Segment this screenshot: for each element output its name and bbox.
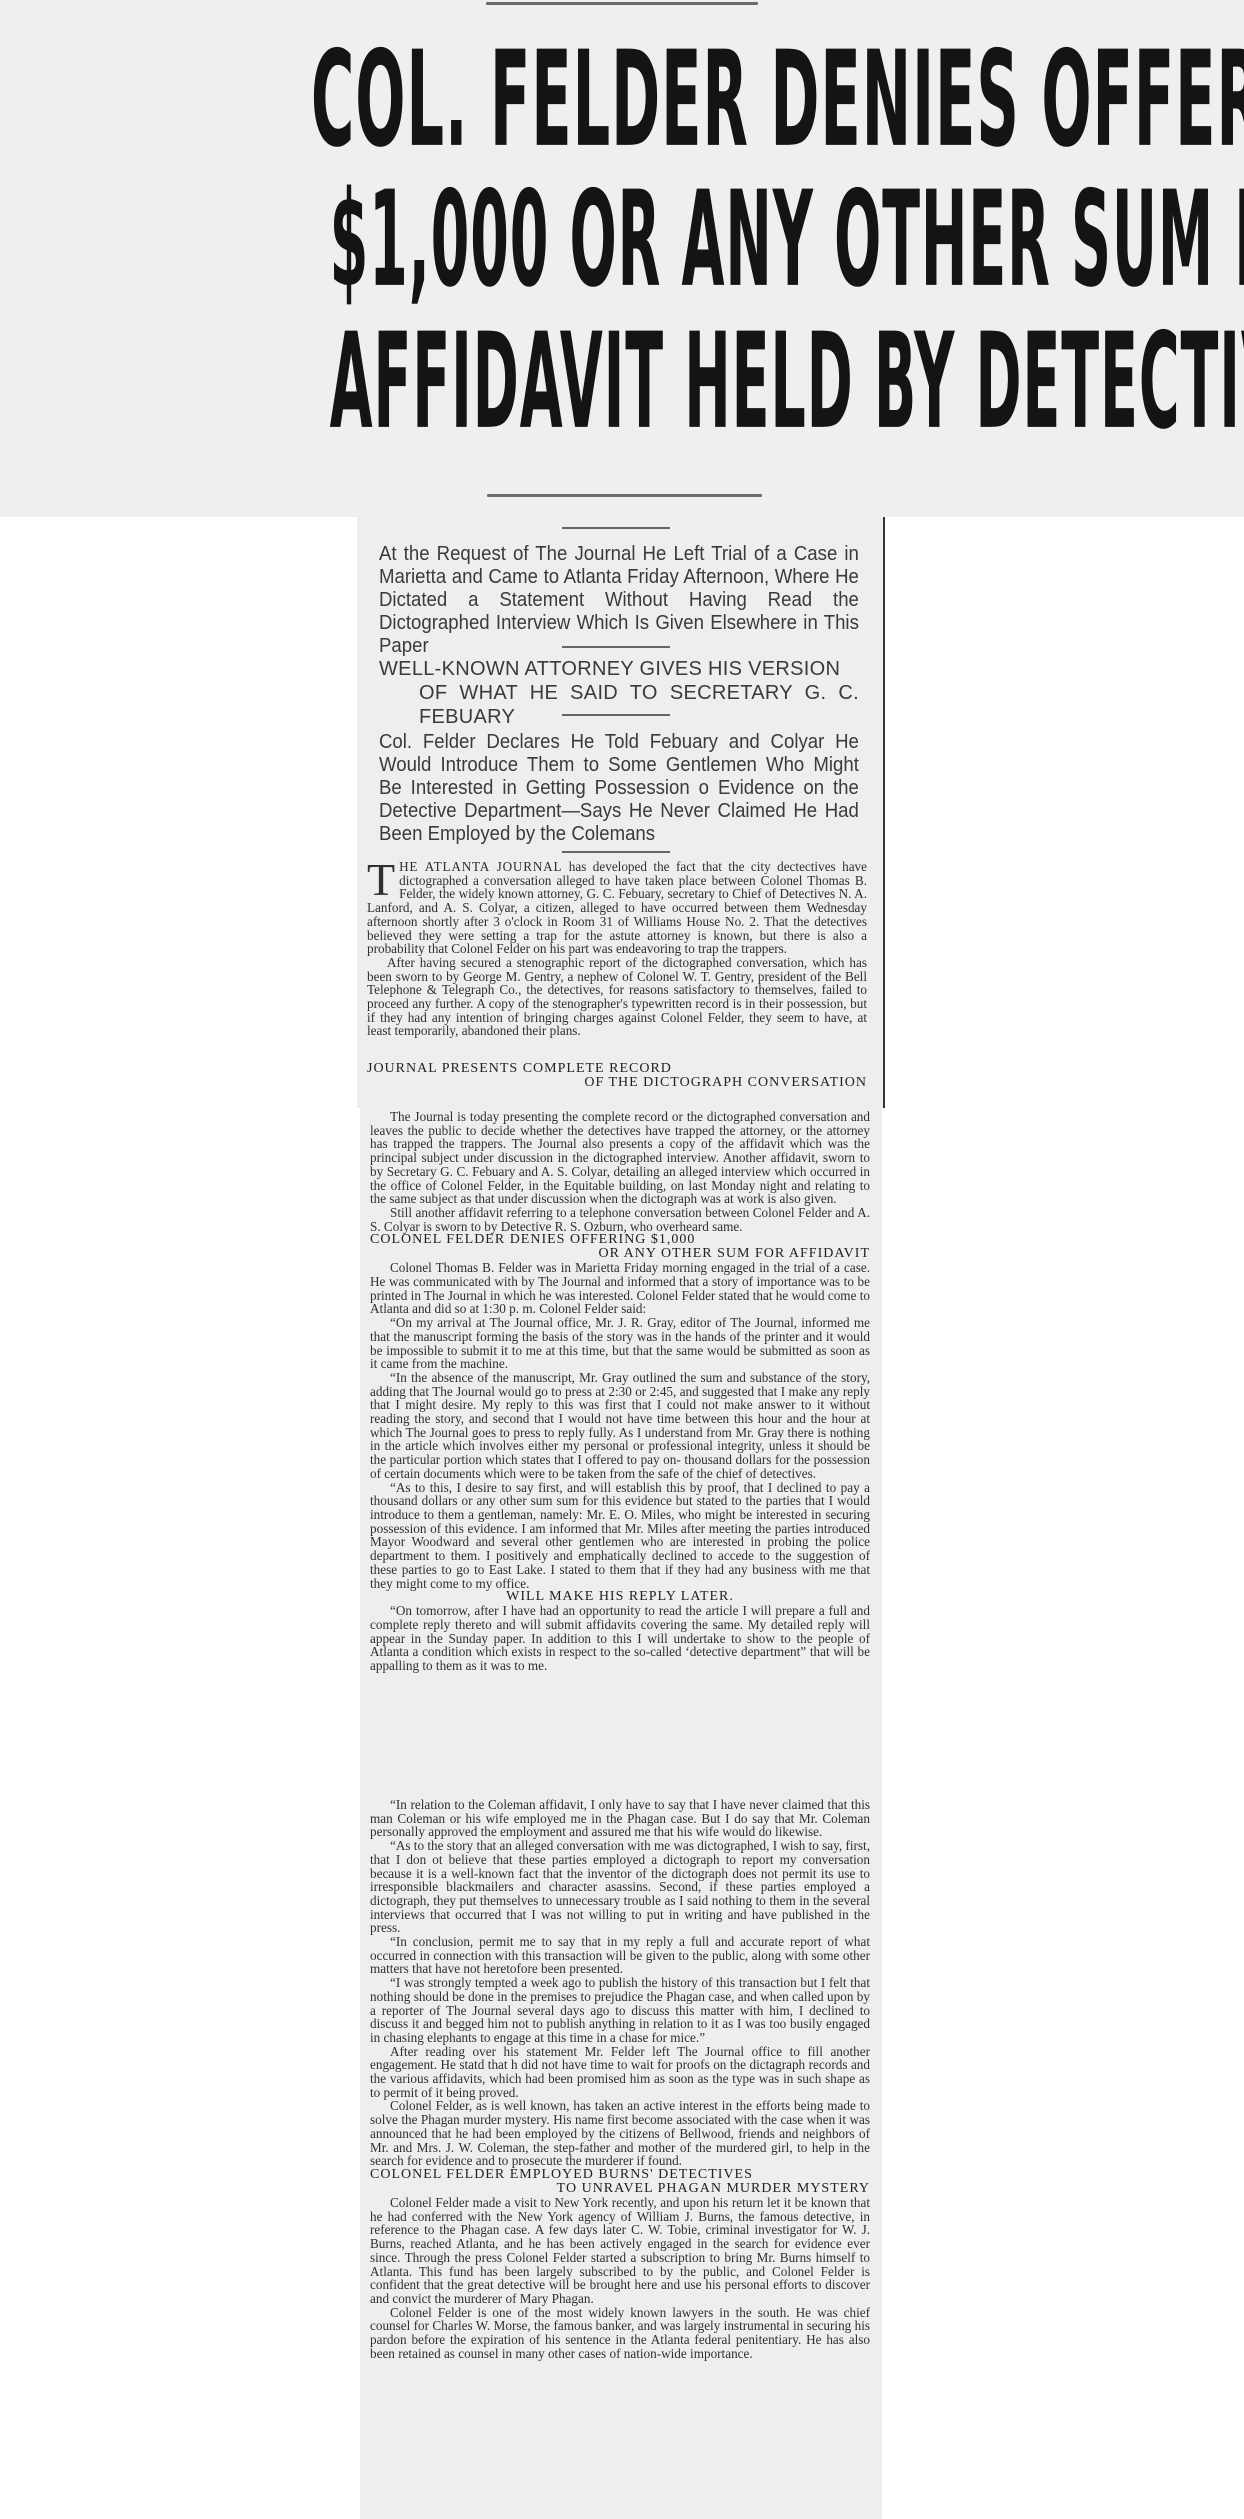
subhead-reply-later: WILL MAKE HIS REPLY LATER. [370,1590,870,1604]
article-paragraph: “In relation to the Coleman affidavit, I… [370,1798,870,1839]
article-paragraph: “In conclusion, permit me to say that in… [370,1935,870,1976]
deck-details: Col. Felder Declares He Told Febuary and… [379,731,859,846]
subhead-line: TO UNRAVEL PHAGAN MURDER MYSTERY [370,2182,870,2196]
article-paragraph: Colonel Thomas B. Felder was in Marietta… [370,1261,870,1316]
article-paragraph: Still another affidavit referring to a t… [370,1206,870,1233]
article-body-clipping-2: “In relation to the Coleman affidavit, I… [360,1795,882,2519]
article-paragraph: “I was strongly tempted a week ago to pu… [370,1976,870,2045]
deck-subtitle: WELL-KNOWN ATTORNEY GIVES HIS VERSION OF… [379,657,859,729]
article-intro: THE ATLANTA JOURNAL has developed the fa… [367,860,867,1038]
article-paragraph: Colonel Felder made a visit to New York … [370,2196,870,2306]
subhead-line: COLONEL FELDER DENIES OFFERING $1,000 [370,1232,695,1247]
article-paragraph: “As to this, I desire to say first, and … [370,1481,870,1591]
article-paragraph: Colonel Felder, as is well known, has ta… [370,2099,870,2168]
deck-rule-1 [562,527,670,529]
article-paragraph: The Journal is today presenting the comp… [370,1110,870,1206]
drop-cap: T [367,862,395,898]
subhead-line: COLONEL FELDER EMPLOYED BURNS' DETECTIVE… [370,2167,753,2182]
bottom-rule [487,494,762,497]
subhead-journal-presents: JOURNAL PRESENTS COMPLETE RECORD OF THE … [367,1062,867,1090]
deck-subtitle-line-1: WELL-KNOWN ATTORNEY GIVES HIS VERSION [379,658,840,680]
deck-rule-2 [562,646,670,648]
article-paragraph: After reading over his statement Mr. Fel… [370,2045,870,2100]
article-paragraph: THE ATLANTA JOURNAL has developed the fa… [367,860,867,956]
deck-rule-3 [562,714,670,716]
headline-line-3: AFFIDAVIT HELD BY DETECTIVES [330,304,915,459]
subhead-felder-denies: COLONEL FELDER DENIES OFFERING $1,000 OR… [370,1233,870,1261]
paragraph-text: has developed the fact that the city dec… [367,859,867,956]
headline-line-1: COL. FELDER DENIES OFFERING [311,22,933,177]
deck-rule-4 [562,851,670,853]
subhead-line: OR ANY OTHER SUM FOR AFFIDAVIT [370,1247,870,1261]
article-body-clipping-1: The Journal is today presenting the comp… [360,1107,882,1797]
subhead-line: OF THE DICTOGRAPH CONVERSATION [367,1076,867,1090]
subhead-line: JOURNAL PRESENTS COMPLETE RECORD [367,1061,672,1076]
deck-summary: At the Request of The Journal He Left Tr… [379,543,859,658]
deck-subtitle-line-2: OF WHAT HE SAID TO SECRETARY G. C. FEBUA… [379,681,859,729]
article-paragraph: After having secured a stenographic repo… [367,956,867,1038]
headline-line-2: $1,000 OR ANY OTHER SUM FOR [330,162,915,317]
deck-clipping: At the Request of The Journal He Left Tr… [357,517,885,1062]
article-paragraph: “In the absence of the manuscript, Mr. G… [370,1371,870,1481]
top-rule [486,2,758,5]
subhead-burns-detectives: COLONEL FELDER EMPLOYED BURNS' DETECTIVE… [370,2168,870,2196]
article-paragraph: “On tomorrow, after I have had an opport… [370,1604,870,1673]
article-body-2: “In relation to the Coleman affidavit, I… [370,1798,870,2360]
headline-clipping: COL. FELDER DENIES OFFERING $1,000 OR AN… [0,0,1244,517]
article-paragraph: Colonel Felder is one of the most widely… [370,2306,870,2361]
article-paragraph: “On my arrival at The Journal office, Mr… [370,1316,870,1371]
article-paragraph: “As to the story that an alleged convers… [370,1839,870,1935]
subhead-clipping: JOURNAL PRESENTS COMPLETE RECORD OF THE … [357,1062,885,1108]
subhead-container: JOURNAL PRESENTS COMPLETE RECORD OF THE … [367,1062,867,1090]
article-body-1: The Journal is today presenting the comp… [370,1110,870,1673]
